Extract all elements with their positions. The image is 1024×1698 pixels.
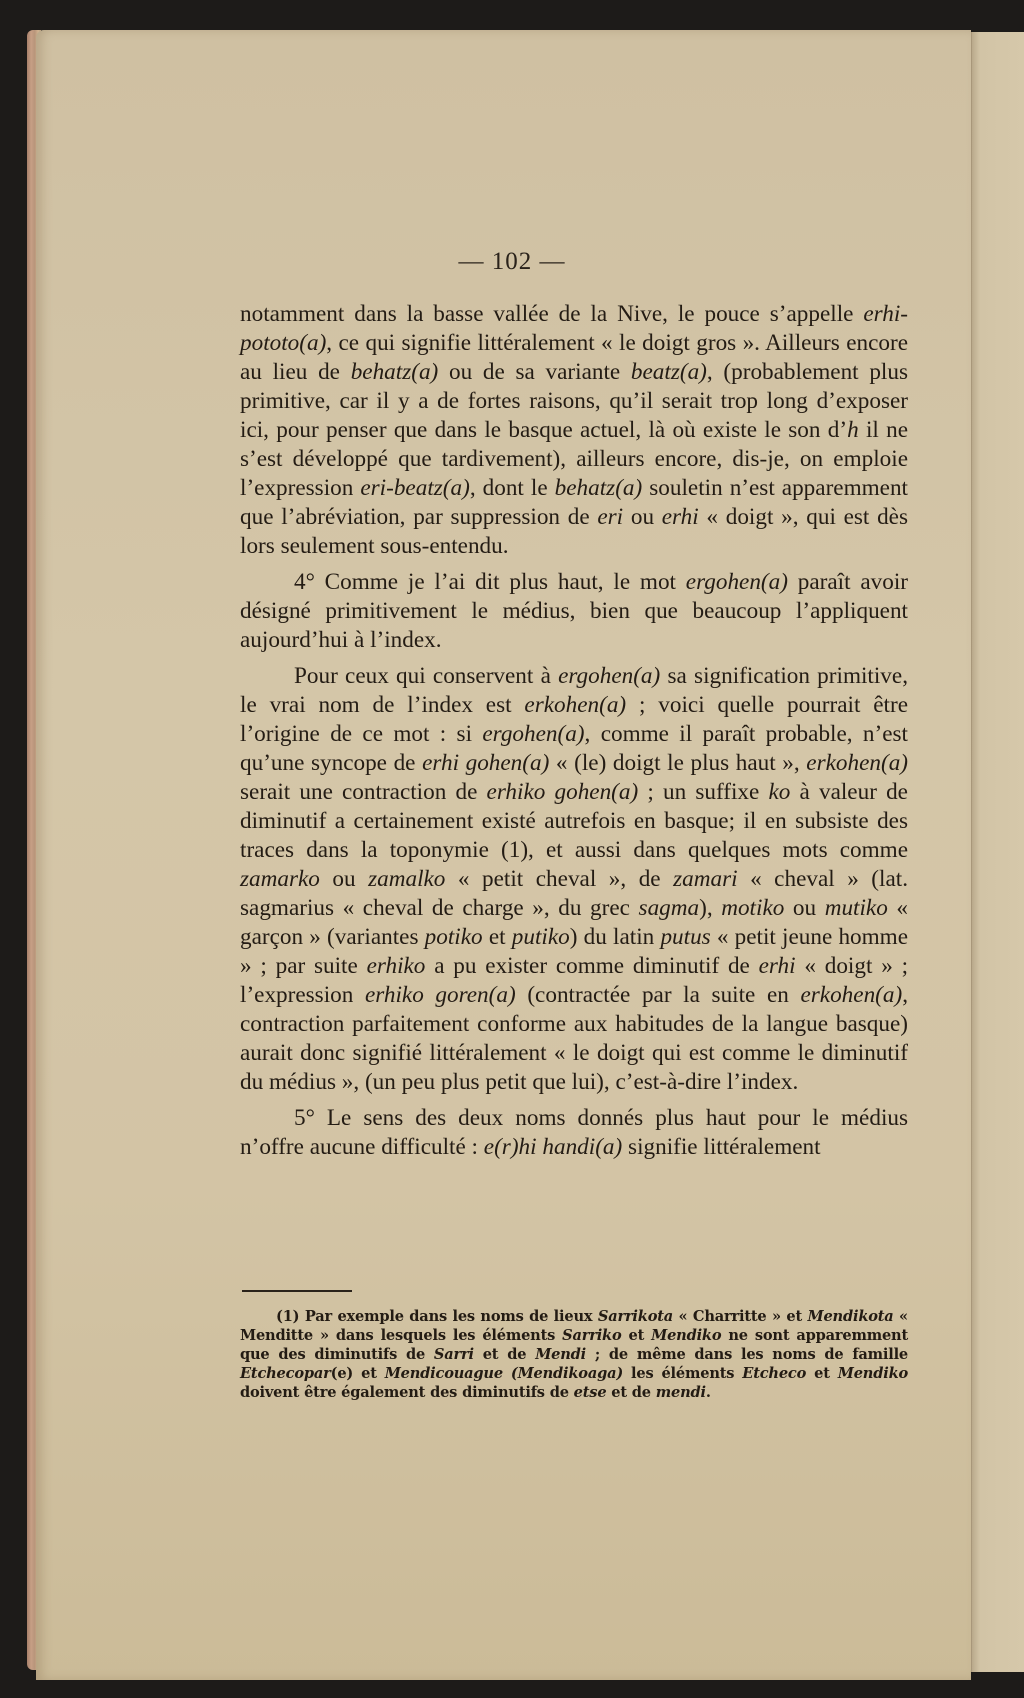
text-run: a pu exister comme diminutif de [425,953,758,979]
text-run: doivent être également des diminutifs de [240,1384,574,1401]
text-run: ; un suffixe [638,779,768,805]
italic-term: ergohen(a) [482,721,584,747]
italic-term: ergohen(a) [686,569,788,595]
text-run: ), [699,895,721,921]
italic-term: mendi [656,1384,706,1401]
text-run: « Charritte » et [673,1308,807,1325]
text-run: ou [784,895,824,921]
italic-term: erkohen(a) [800,982,902,1008]
italic-term: ko [768,779,790,805]
text-run: ou [320,866,368,892]
italic-term: Sarrikota [598,1308,673,1325]
italic-term: eri-beatz(a) [360,475,469,501]
italic-term: putiko [512,924,570,950]
footnotes: (1) Par exemple dans les noms de lieux S… [240,1307,908,1402]
italic-term: erkohen(a) [524,692,626,718]
italic-term: Mendikota [808,1308,894,1325]
italic-term: Sarri [434,1346,474,1363]
italic-term: erkohen(a) [806,750,908,776]
text-run: Pour ceux qui conservent à [294,663,558,689]
text-run: « petit cheval », de [445,866,673,892]
text-run: (e) et [331,1365,385,1382]
text-run: (contractée par la suite en [516,982,801,1008]
text-run: ) du latin [570,924,661,950]
text-run: serait une contraction de [240,779,487,805]
italic-term: Mendiko [651,1327,721,1344]
paragraph: 4° Comme je l’ai dit plus haut, le mot e… [240,568,908,655]
body-text: notamment dans la basse vallée de la Niv… [240,300,908,1169]
italic-term: Mendicouague (Mendikoaga) [385,1365,623,1382]
text-run: . [706,1384,711,1401]
paragraph: Pour ceux qui conservent à ergohen(a) sa… [240,662,908,1097]
footnote-divider [242,1290,352,1292]
italic-term: e(r)hi handi(a) [484,1134,622,1160]
text-run: les éléments [623,1365,742,1382]
next-page-edge [971,32,1024,1672]
italic-term: Sarriko [562,1327,621,1344]
text-run: ou de sa variante [438,359,631,385]
italic-term: erhi gohen(a) [422,750,549,776]
italic-term: sagma [639,895,700,921]
italic-term: erhiko goren(a) [365,982,516,1008]
italic-term: beatz(a) [631,359,707,385]
text-run: ; de même dans les noms de famille [586,1346,908,1363]
text-run: et [483,924,512,950]
text-run: signifie littéralement [622,1134,820,1160]
text-run: et de [474,1346,535,1363]
italic-term: Etcheco [742,1365,806,1382]
text-run: notamment dans la basse vallée de la Niv… [240,301,863,327]
italic-term: behatz(a) [555,475,643,501]
text-run: , dont le [470,475,555,501]
italic-term: Mendi [535,1346,586,1363]
italic-term: putus [660,924,710,950]
italic-term: erhiko [367,953,426,979]
italic-term: erhi [759,953,796,979]
text-run: et [806,1365,838,1382]
italic-term: h [847,417,859,443]
italic-term: erhiko gohen(a) [487,779,639,805]
text-run: 4° Comme je l’ai dit plus haut, le mot [294,569,686,595]
text-run: (1) Par exemple dans les noms de lieux [276,1308,598,1325]
footnote: (1) Par exemple dans les noms de lieux S… [240,1307,908,1402]
italic-term: erhi [662,504,699,530]
text-run: « (le) doigt le plus haut », [549,750,806,776]
text-run: et [622,1327,652,1344]
page-number: — 102 — [0,248,1024,276]
text-run: ou [623,504,662,530]
italic-term: potiko [425,924,483,950]
italic-term: zamalko [368,866,445,892]
italic-term: etse [574,1384,607,1401]
italic-term: mutiko [825,895,888,921]
italic-term: motiko [721,895,784,921]
paragraph: notamment dans la basse vallée de la Niv… [240,300,908,561]
italic-term: zamarko [240,866,320,892]
italic-term: behatz(a) [351,359,439,385]
text-run: et de [606,1384,655,1401]
italic-term: zamari [673,866,737,892]
italic-term: ergohen(a) [558,663,660,689]
italic-term: eri [597,504,623,530]
italic-term: Etchecopar [240,1365,331,1382]
italic-term: Mendiko [838,1365,908,1382]
paragraph: 5° Le sens des deux noms donnés plus hau… [240,1104,908,1162]
